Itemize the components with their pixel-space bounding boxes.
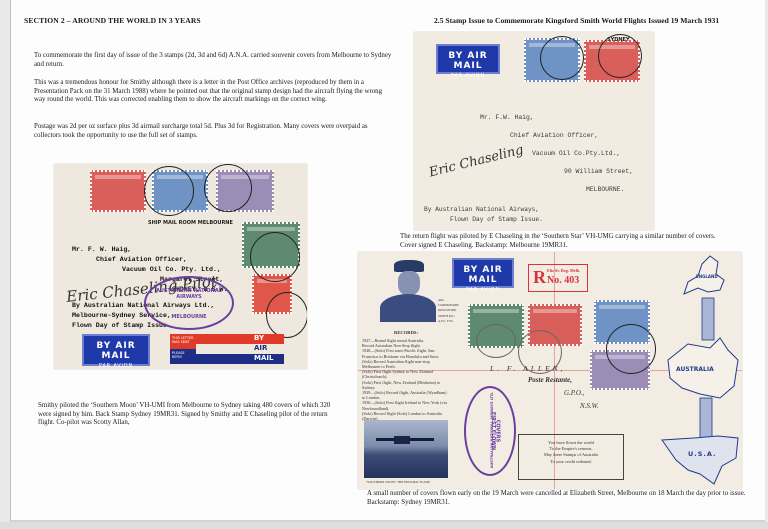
records-title: RECORDS: (394, 330, 418, 335)
address-line-2: Chief Aviation Officer, (510, 132, 598, 139)
portrait-kingsford-smith (380, 260, 436, 322)
registration-office: Eliz St. Reg. Melb. (547, 268, 580, 273)
address-line-3: Vacuum Oil Co. Pty. Ltd., (122, 266, 221, 273)
registration-letter: R (533, 267, 546, 288)
map-illustration: ENGLAND AUSTRALIA U.S.A. (658, 252, 742, 489)
caption-bottom-cover: A small number of covers flown early on … (367, 490, 747, 507)
airmail-label-text: BY AIR MAIL (438, 51, 498, 71)
etiquette-by: BY (254, 334, 264, 342)
record-entry: 1930—(Solo) First flight Ireland to New … (362, 400, 448, 410)
stamp-2d-red (90, 170, 146, 212)
cachet-text-top: AUSTRALIAN NATIONAL AIRWAYS (146, 288, 232, 300)
section-title: SECTION 2 – AROUND THE WORLD IN 3 YEARS (24, 16, 201, 25)
caption-left-cover: Smithy piloted the ‘Southern Moon’ VH-UM… (38, 402, 338, 428)
page-edge (0, 522, 768, 529)
postmark-melbourne (606, 324, 656, 374)
postmark-ship-mail-room (204, 164, 252, 212)
par-avion-text: PAR AVION (84, 363, 148, 369)
caption-top-cover: The return flight was piloted by E Chase… (400, 233, 720, 250)
address-name: L. F. ALLEN, (490, 364, 566, 373)
postmark-text: SHIP MAIL ROOM MELBOURNE (148, 220, 233, 226)
photo-southern-cross (364, 420, 448, 478)
postmark-text: SYDNEY (607, 37, 630, 43)
address-line-2: Chief Aviation Officer, (96, 256, 187, 263)
postmark-circle (540, 36, 584, 80)
address-line-4: 90 William Street, (564, 168, 633, 175)
postmark-ship-mail-room (144, 166, 194, 216)
address-line-5: MELBOURNE. (586, 186, 624, 193)
etiquette-mail: MAIL (254, 354, 273, 362)
postmark-ship-mail-room (250, 232, 300, 282)
intro-paragraph-3: Postage was 2d per oz surface plus 3d ai… (34, 123, 394, 140)
plane-caption: "SOUTHERN CROSS" THE HISTORIC PLANE (366, 480, 430, 485)
record-entry: 1929—(Solo) Record flight, Australia (Wy… (362, 390, 448, 400)
record-entry: 1928—(Solo) First trans-Pacific flight, … (362, 348, 448, 358)
address-line-2: Poste Restante, (528, 376, 572, 384)
cover-registered-first-flown: AIR-COMMODORE KINGSFORD SMITH M.C. A.F.C… (358, 252, 742, 489)
portrait-caption: AIR-COMMODORE KINGSFORD SMITH M.C. A.F.C… (438, 298, 458, 324)
verse-box: You have flown the world To the Empire's… (518, 434, 624, 480)
intro-paragraph-2: This was a tremendous honour for Smithy … (34, 79, 394, 105)
par-avion-text: PAR AVION (454, 287, 512, 293)
footer-line-2: Flown Day of Stamp Issue. (450, 216, 543, 223)
address-line-1: Mr. F.W. Haig, (480, 114, 534, 121)
cover-southern-moon: SHIP MAIL ROOM MELBOURNE Mr. F. W. Haig,… (54, 164, 307, 369)
etiquette-air: AIR (254, 344, 267, 352)
address-line-3: Vacuum Oil Co.Pty.Ltd., (532, 150, 620, 157)
cachet-australian-national-airways: AUSTRALIAN NATIONAL AIRWAYS MELBOURNE (144, 276, 234, 330)
record-entry: (Solo) First flight, New Zealand (Blenhe… (362, 380, 448, 390)
airmail-label: BY AIR MAIL PAR AVION (436, 44, 500, 74)
airmail-label: BY AIR MAIL PAR AVION (452, 258, 514, 288)
airmail-label-text: BY AIR MAIL (454, 265, 512, 285)
records-list: 1927—Round flight round Australia.Record… (362, 338, 448, 421)
verse-line: To your credit redound. (519, 459, 623, 465)
address-line-1: Mr. F. W. Haig, (72, 246, 131, 253)
registration-number: No. 403 (547, 275, 579, 286)
address-line-4: N.S.W. (580, 402, 599, 410)
etiquette-sent-text: THIS LETTER WAS SENT (170, 334, 196, 349)
cachet-inner-text-2: COVERS (494, 420, 500, 443)
etiquette-reply-text: PLEASE REPLY (170, 349, 196, 364)
map-label-england: ENGLAND (696, 274, 718, 279)
signature-chaseling: Eric Chaseling (428, 143, 525, 181)
address-line-3: G.P.O., (564, 389, 584, 397)
cachet-first-flown-covers: AUSTRALIAN NATIONAL AIRWAYS LTD. FIRST F… (464, 386, 516, 476)
footer-line-1: By Australian National Airways, (424, 206, 539, 213)
cachet-text-bottom: MELBOURNE (146, 314, 232, 320)
postmark-circle (476, 324, 516, 358)
map-label-australia: AUSTRALIA (676, 366, 714, 373)
air-mail-etiquette: THIS LETTER WAS SENT PLEASE REPLY BY AIR… (170, 334, 284, 364)
intro-paragraph-1: To commemorate the first day of issue of… (34, 52, 394, 69)
footer-line-3: Flown Day of Stamp Issue. (72, 322, 171, 329)
par-avion-text: PAR AVION (438, 73, 498, 79)
airmail-label-text: BY AIR MAIL (84, 341, 148, 361)
page-heading: 2.5 Stamp Issue to Commemorate Kingsford… (434, 16, 719, 25)
record-entry: (Solo) Record Australian flight non-stop… (362, 359, 448, 369)
registration-label: R Eliz St. Reg. Melb. No. 403 (528, 264, 588, 292)
postmark-ship-mail-room (266, 292, 307, 338)
map-label-usa: U.S.A. (688, 450, 717, 458)
airmail-label: BY AIR MAIL PAR AVION (82, 334, 150, 366)
record-entry: (Solo) First flight Sydney to New Zealan… (362, 369, 448, 379)
cover-return-flight: BY AIR MAIL PAR AVION SYDNEY Mr. F.W. Ha… (414, 32, 654, 230)
